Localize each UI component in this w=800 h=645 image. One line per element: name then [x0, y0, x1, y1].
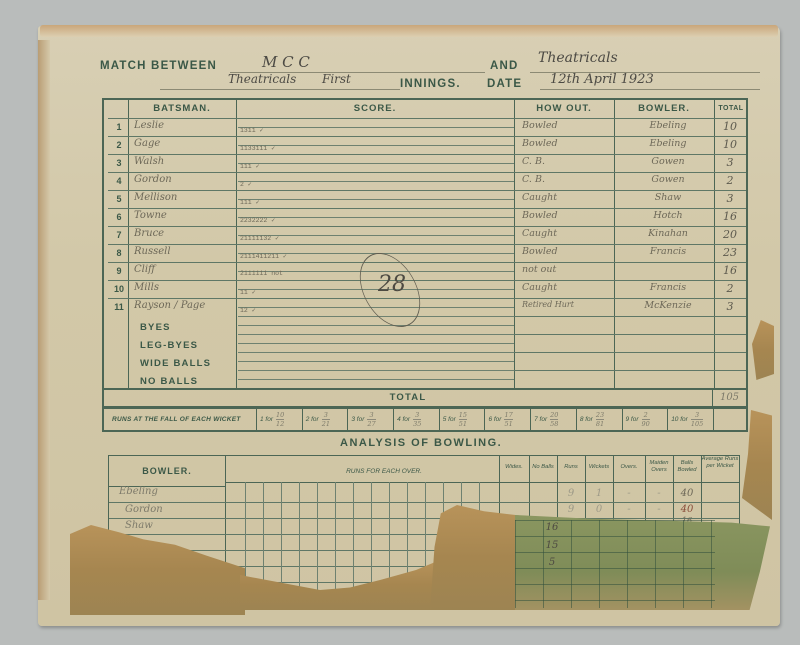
fow-wicket: 6 for: [488, 416, 501, 423]
runs-value: 9: [557, 504, 585, 515]
grid-line: [335, 482, 336, 594]
bowler-name: Francis: [624, 246, 712, 257]
how-out: not out: [522, 264, 612, 275]
row-divider: [108, 244, 746, 245]
batsman-total: 10: [716, 120, 744, 133]
total-label: TOTAL: [104, 390, 712, 406]
fow-wicket: 1 for: [260, 416, 273, 423]
fow-cell-empty: [713, 409, 746, 430]
batsman-total: 20: [716, 228, 744, 241]
bowling-analysis-title: ANALYSIS OF BOWLING.: [340, 437, 502, 449]
batsman-total: 3: [716, 300, 744, 313]
fow-cell: 7 for2058: [530, 409, 576, 430]
how-out: Bowled: [522, 138, 612, 149]
score-ruling: [238, 379, 514, 380]
score-ruling: [238, 181, 514, 182]
fall-of-wickets-row: RUNS AT THE FALL OF EACH WICKET 1 for101…: [102, 408, 748, 432]
fow-runs: 17: [504, 411, 512, 420]
score-tally: 21111132 ✓: [240, 234, 279, 242]
runs-header: Runs: [557, 464, 585, 471]
row-divider: [109, 502, 739, 503]
score-header: SCORE.: [236, 100, 514, 118]
batsman-number: 3: [108, 158, 130, 168]
fow-wicket: 5 for: [443, 416, 456, 423]
row-divider: [108, 280, 746, 281]
batsman-total: 3: [716, 156, 744, 169]
no-balls-header: No Balls: [529, 464, 557, 471]
bowler-name: Shaw: [125, 520, 153, 531]
wickets-value: 1: [585, 488, 613, 499]
grid-line: [281, 482, 282, 594]
page-top-edge: [40, 25, 778, 37]
fow-score: 51: [459, 420, 467, 428]
batsman-number: 4: [108, 176, 130, 186]
and-label: AND: [490, 60, 519, 72]
date-underline: [540, 89, 760, 90]
grid-line: [371, 482, 372, 594]
row-divider: [108, 190, 746, 191]
fow-wicket: 7 for: [534, 416, 547, 423]
row-divider: [514, 334, 746, 335]
fow-wicket: 2 for: [306, 416, 319, 423]
innings-number: First: [322, 72, 351, 86]
batsman-header: BATSMAN.: [128, 100, 236, 118]
runs-value: 9: [557, 488, 585, 499]
fow-runs: 3: [367, 411, 375, 420]
fow-wicket: 10 for: [671, 416, 688, 423]
maidens-value: -: [645, 488, 673, 499]
overs-value: -: [613, 488, 645, 499]
score-ruling: [238, 145, 514, 146]
batsman-number: 6: [108, 212, 130, 222]
score-ruling: [238, 370, 514, 371]
fow-wicket: 3 for: [351, 416, 364, 423]
how-out-header: HOW OUT.: [514, 100, 614, 118]
how-out: C. B.: [522, 156, 612, 167]
exposed-runs-2: 15: [540, 540, 564, 551]
score-ruling: [238, 199, 514, 200]
batsman-name: Bruce: [134, 228, 234, 239]
batsman-total: 16: [716, 210, 744, 223]
score-tally: 2 ✓: [240, 180, 252, 188]
fow-score: 105: [691, 420, 703, 428]
grand-total: 105: [712, 390, 746, 406]
row-divider: [108, 172, 746, 173]
bowler-name: Ebeling: [624, 120, 712, 131]
leg-byes-label: LEG-BYES: [140, 340, 198, 351]
bowler-header: BOWLER.: [614, 100, 714, 118]
score-ruling: [238, 127, 514, 128]
page-binding: [38, 40, 50, 600]
batsman-total: 3: [716, 192, 744, 205]
fow-runs: 3: [691, 411, 703, 420]
team1-name: M C C: [262, 53, 310, 71]
batsman-total: 10: [716, 138, 744, 151]
row-divider: [108, 154, 746, 155]
how-out: Bowled: [522, 246, 612, 257]
score-tally: 2232222 ✓: [240, 216, 275, 224]
grid-top: [225, 482, 499, 483]
fow-score: 90: [642, 420, 650, 428]
exposed-runs-3: 5: [540, 557, 564, 568]
fow-cell: 8 for2381: [576, 409, 622, 430]
batsman-total: 2: [716, 174, 744, 187]
bowler-name: Gowen: [624, 156, 712, 167]
match-between-label: MATCH BETWEEN: [100, 60, 217, 72]
how-out: Caught: [522, 228, 612, 239]
innings-underline: [160, 89, 400, 90]
row-divider: [514, 370, 746, 371]
score-tally: 2111411211 ✓: [240, 252, 287, 260]
circled-number: 28: [378, 272, 406, 297]
fow-runs: 2: [642, 411, 650, 420]
batsman-name: Mellison: [134, 192, 234, 203]
batsman-name: Mills: [134, 282, 234, 293]
score-ruling: [238, 325, 514, 326]
batsman-total: 2: [716, 282, 744, 295]
innings-label: INNINGS.: [400, 78, 461, 90]
row-divider: [514, 316, 746, 317]
score-tally: 12 ✓: [240, 306, 256, 314]
score-tally: 111 ✓: [240, 198, 260, 206]
fow-cell: 3 for327: [347, 409, 393, 430]
row-divider: [109, 518, 739, 519]
bowler-name: Shaw: [624, 192, 712, 203]
fow-runs: 3: [413, 411, 421, 420]
score-tally: 1311 ✓: [240, 126, 263, 134]
fow-score: 12: [276, 420, 284, 428]
exposed-runs-1: 16: [540, 522, 564, 533]
wickets-value: 0: [585, 504, 613, 515]
batting-table: BATSMAN. SCORE. HOW OUT. BOWLER. TOTAL 1…: [102, 98, 748, 390]
bowler-name: Gordon: [125, 504, 163, 515]
team2-name: Theatricals: [538, 50, 618, 66]
row-divider: [514, 352, 746, 353]
bowler-col-header: BOWLER.: [109, 456, 225, 482]
score-ruling: [238, 235, 514, 236]
score-ruling: [238, 343, 514, 344]
bowler-name: Gowen: [624, 174, 712, 185]
fow-cell: 1 for1012: [256, 409, 302, 430]
score-ruling: [238, 334, 514, 335]
wickets-header: Wickets: [585, 464, 613, 471]
fow-wicket: 8 for: [580, 416, 593, 423]
score-ruling: [238, 217, 514, 218]
fow-runs: 20: [550, 411, 558, 420]
date-label: DATE: [487, 78, 522, 90]
batsman-name: Walsh: [134, 156, 234, 167]
bowler-name: McKenzie: [624, 300, 712, 311]
row-divider: [108, 298, 746, 299]
batting-team: Theatricals: [228, 72, 296, 86]
fow-score: 58: [550, 420, 558, 428]
byes-label: BYES: [140, 322, 171, 333]
total-row: TOTAL 105: [102, 390, 748, 408]
batsman-name: Gordon: [134, 174, 234, 185]
batsman-name: Towne: [134, 210, 234, 221]
fow-cell: 9 for290: [622, 409, 668, 430]
score-ruling: [238, 316, 514, 317]
batsman-number: 2: [108, 140, 130, 150]
batsman-name: Gage: [134, 138, 234, 149]
score-ruling: [238, 361, 514, 362]
fow-runs: 23: [596, 411, 604, 420]
row-divider: [108, 118, 746, 119]
row-divider: [108, 226, 746, 227]
score-tally: 2111111 not: [240, 270, 283, 277]
bowler-name: Ebeling: [119, 486, 158, 497]
batsman-name: Russell: [134, 246, 234, 257]
batsman-name: Rayson / Page: [134, 300, 234, 311]
grid-line: [353, 482, 354, 594]
batsman-number: 1: [108, 122, 130, 132]
stats-header-line: [499, 482, 739, 483]
bowler-name: Ebeling: [624, 138, 712, 149]
how-out: C. B.: [522, 174, 612, 185]
fow-score: 35: [413, 420, 421, 428]
batsman-total: 16: [716, 264, 744, 277]
fow-cell: 5 for1551: [439, 409, 485, 430]
batsman-number: 9: [108, 266, 130, 276]
no-balls-label: NO BALLS: [140, 376, 198, 387]
bowler-name: Kinahan: [624, 228, 712, 239]
fow-score: 81: [596, 420, 604, 428]
batsman-number: 5: [108, 194, 130, 204]
fow-score: 21: [322, 420, 330, 428]
batsman-number: 10: [108, 284, 130, 294]
how-out: Caught: [522, 192, 612, 203]
score-tally: 111 ✓: [240, 162, 260, 170]
fow-runs: 3: [322, 411, 330, 420]
score-tally: 11 ✓: [240, 288, 256, 296]
fow-score: 51: [504, 420, 512, 428]
batsman-name: Cliff: [134, 264, 234, 275]
fow-cell: 10 for3105: [667, 409, 713, 430]
row-divider: [108, 136, 746, 137]
maiden-overs-header: Maiden Overs: [645, 460, 673, 474]
runs-per-over-header: RUNS FOR EACH OVER.: [259, 468, 509, 475]
fow-runs: 15: [459, 411, 467, 420]
batsman-name: Leslie: [134, 120, 234, 131]
overs-header: Overs.: [613, 464, 645, 471]
score-ruling: [238, 352, 514, 353]
overs-value: -: [613, 504, 645, 515]
how-out: Bowled: [522, 210, 612, 221]
maidens-value: -: [645, 504, 673, 515]
batsman-number: 8: [108, 248, 130, 258]
balls-value: 40: [673, 504, 701, 515]
grid-line: [263, 482, 264, 594]
fall-of-wickets-label: RUNS AT THE FALL OF EACH WICKET: [104, 416, 256, 423]
balls-bowled-header: Balls Bowled: [673, 460, 701, 474]
total-header: TOTAL: [714, 100, 748, 118]
grid-line: [317, 482, 318, 594]
batsman-number: 11: [108, 302, 130, 312]
batsman-number: 7: [108, 230, 130, 240]
fow-wicket: 4 for: [397, 416, 410, 423]
score-tally: 1133111 ✓: [240, 144, 275, 152]
balls-value: 40: [673, 488, 701, 499]
bowler-name: Hotch: [624, 210, 712, 221]
fow-cell: 2 for321: [302, 409, 348, 430]
fow-score: 27: [367, 420, 375, 428]
fow-wicket: 9 for: [626, 416, 639, 423]
batsman-total: 23: [716, 246, 744, 259]
grid-line: [299, 482, 300, 594]
average-header: Average Runs per Wicket: [701, 456, 739, 470]
score-ruling: [238, 163, 514, 164]
row-divider: [108, 208, 746, 209]
date-value: 12th April 1923: [550, 72, 654, 87]
grid-line: [389, 482, 390, 594]
how-out: Retired Hurt: [522, 300, 612, 309]
torn-paper-area: [430, 505, 520, 610]
row-divider: [108, 262, 746, 263]
how-out: Caught: [522, 282, 612, 293]
fow-cell: 4 for335: [393, 409, 439, 430]
how-out: Bowled: [522, 120, 612, 131]
fow-cell: 6 for1751: [484, 409, 530, 430]
fow-runs: 10: [276, 411, 284, 420]
wides-header: Wides.: [499, 464, 529, 471]
bowler-name: Francis: [624, 282, 712, 293]
wide-balls-label: WIDE BALLS: [140, 358, 211, 369]
